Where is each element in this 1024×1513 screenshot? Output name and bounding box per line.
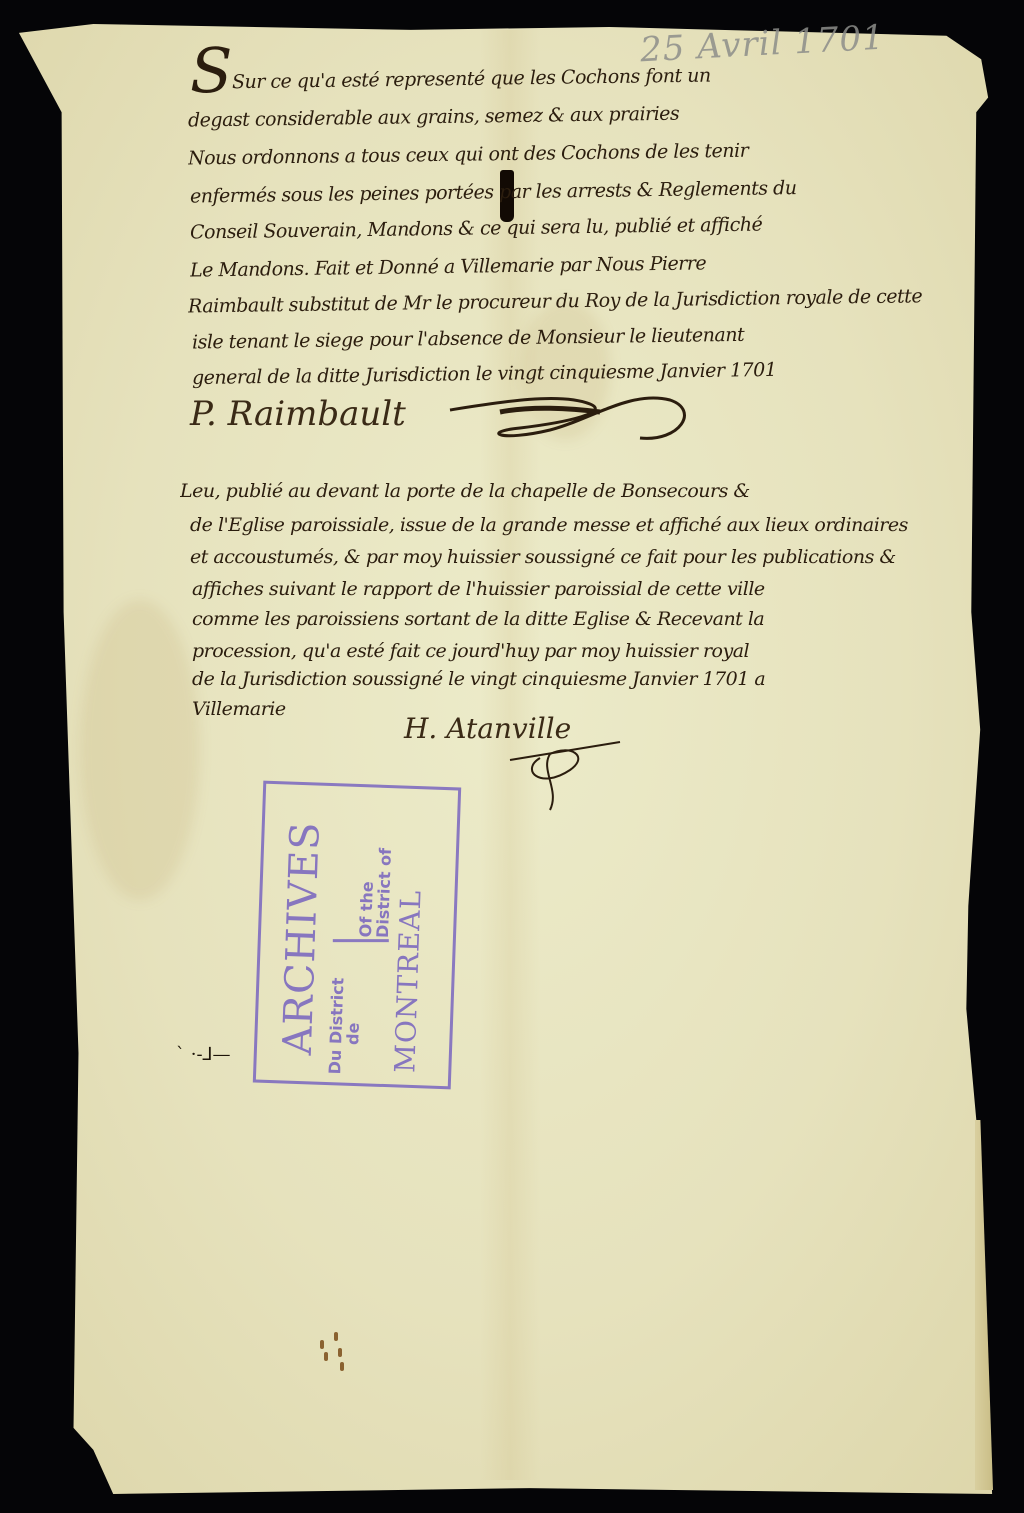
initial-capital-letter: S [190,34,232,107]
signature-raimbault: P. Raimbault [190,394,406,434]
manuscript-line: et accoustumés, & par moy huissier souss… [190,546,980,568]
ink-marks: ` ·-⅃— [176,1044,231,1065]
stamp-montreal-text: MONTREAL [388,889,427,1073]
stamp-du-district-text: Du District de [326,977,363,1075]
manuscript-line: affiches suivant le rapport de l'huissie… [192,578,982,600]
manuscript-line: de l'Eglise paroissiale, issue de la gra… [190,514,980,536]
page-edge-fold [975,1120,993,1490]
archives-stamp: ARCHIVES Du District de Of the District … [253,781,461,1090]
signature-paraph [500,730,630,820]
stamp-divider [333,939,389,942]
manuscript-line: de la Jurisdiction soussigné le vingt ci… [192,668,982,690]
stamp-of-the-district-text: Of the District of [357,847,394,938]
manuscript-line: comme les paroissiens sortant de la ditt… [192,608,982,630]
signature-flourish [440,382,700,462]
manuscript-line: procession, qu'a esté fait ce jourd'huy … [192,640,982,662]
paper-stain [80,600,200,900]
manuscript-line: Leu, publié au devant la porte de la cha… [180,480,980,502]
foxing-spots [314,1330,364,1390]
stamp-archives-text: ARCHIVES [275,821,329,1056]
